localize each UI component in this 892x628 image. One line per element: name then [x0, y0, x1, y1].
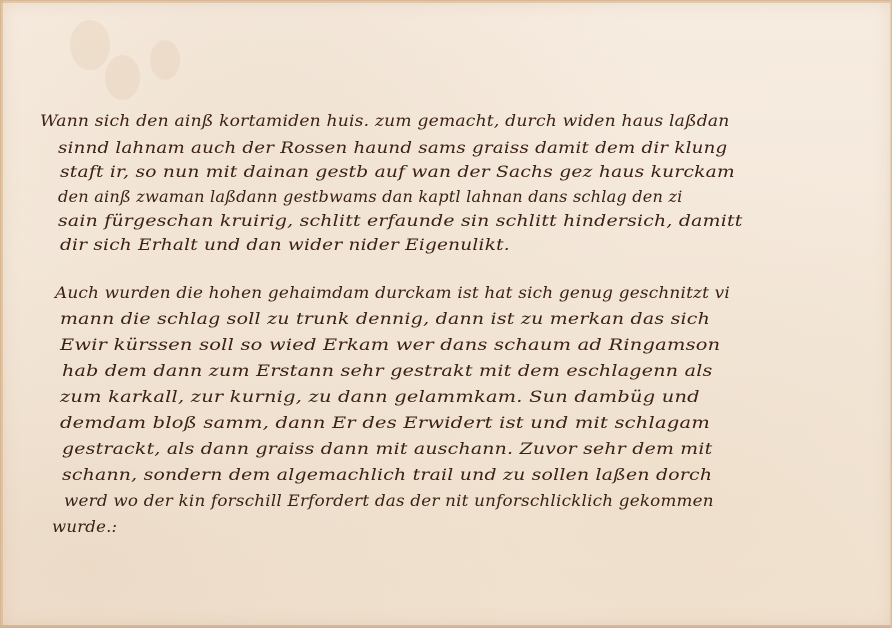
page-edge-top — [0, 0, 892, 3]
text-line: Wann sich den ainß kortamiden huis. zum … — [40, 112, 730, 130]
paper-stain — [70, 20, 110, 70]
text-line: wurde.: — [52, 518, 117, 536]
paper-stain — [150, 40, 180, 80]
text-line: sinnd lahnam auch der Rossen haund sams … — [58, 139, 727, 157]
text-line: werd wo der kin forschill Erfordert das … — [64, 492, 714, 510]
text-line: hab dem dann zum Erstann sehr gestrakt m… — [62, 362, 713, 380]
text-line: zum karkall, zur kurnig, zu dann gelammk… — [60, 388, 700, 406]
text-line: Ewir kürssen soll so wied Erkam wer dans… — [60, 336, 720, 354]
text-line: staft ir, so nun mit dainan gestb auf wa… — [60, 163, 735, 181]
page-edge-left — [0, 0, 3, 628]
text-line: demdam bloß samm, dann Er des Erwidert i… — [60, 414, 710, 432]
text-line: mann die schlag soll zu trunk dennig, da… — [60, 310, 710, 328]
paper-stain — [105, 55, 140, 100]
text-line: Auch wurden die hohen gehaimdam durckam … — [55, 284, 730, 302]
text-line: schann, sondern dem algemachlich trail u… — [62, 466, 712, 484]
text-line: gestrackt, als dann graiss dann mit ausc… — [62, 440, 712, 458]
manuscript-page: Wann sich den ainß kortamiden huis. zum … — [0, 0, 892, 628]
text-line: sain fürgeschan kruirig, schlitt erfaund… — [58, 212, 743, 230]
text-line: den ainß zwaman laßdann gestbwams dan ka… — [58, 188, 683, 206]
text-line: dir sich Erhalt und dan wider nider Eige… — [60, 236, 510, 254]
